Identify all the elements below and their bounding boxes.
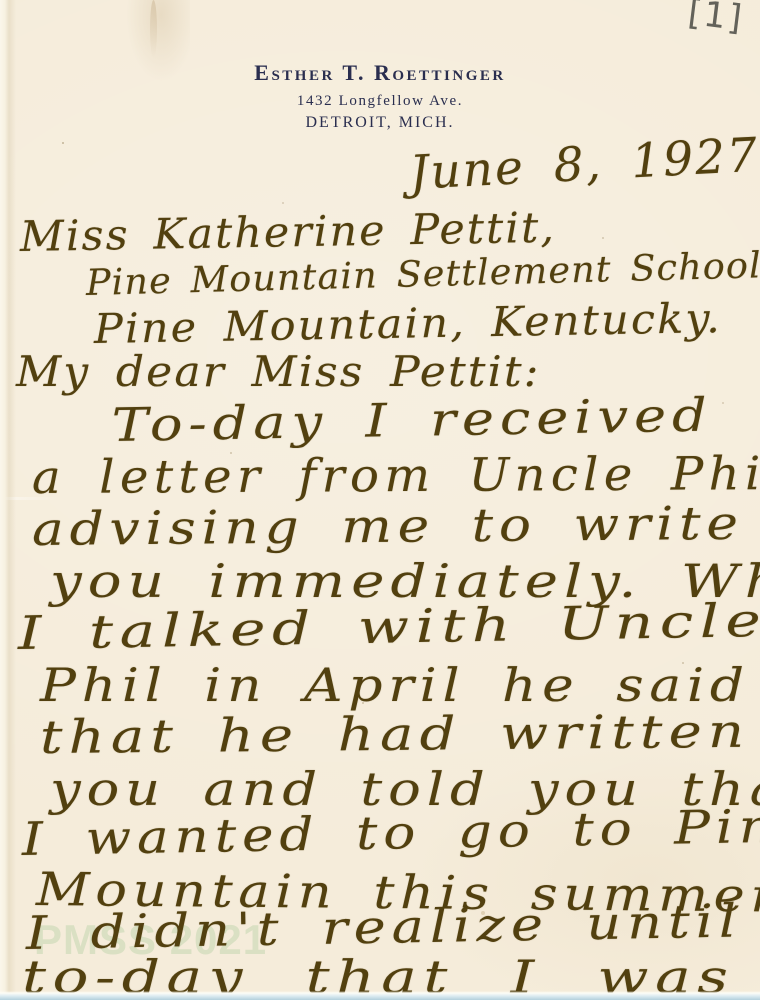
ink-stain-drip (150, 0, 157, 58)
letterhead-city: DETROIT, MICH. (0, 114, 760, 132)
body-line: that he had written (40, 704, 751, 764)
recipient-line: Pine Mountain, Kentucky. (93, 294, 722, 353)
body-line: a letter from Uncle Phil (32, 446, 760, 504)
scan-bottom-strip (0, 991, 760, 1000)
paper-texture (62, 142, 64, 144)
letterhead: Esther T. Roettinger 1432 Longfellow Ave… (0, 60, 760, 132)
page-number-annotation: [1] (686, 0, 746, 39)
salutation-line: My dear Miss Pettit: (16, 347, 541, 396)
body-line: To-day I received (111, 388, 713, 452)
letterhead-name: Esther T. Roettinger (0, 60, 760, 86)
body-line: advising me to write (32, 496, 744, 556)
date-line: June 8, 1927. (408, 127, 760, 201)
letter-scan: [1] Esther T. Roettinger 1432 Longfellow… (0, 0, 760, 1000)
scan-left-edge (0, 0, 16, 1000)
letterhead-address: 1432 Longfellow Ave. (0, 93, 760, 110)
paper-crease (0, 497, 60, 500)
